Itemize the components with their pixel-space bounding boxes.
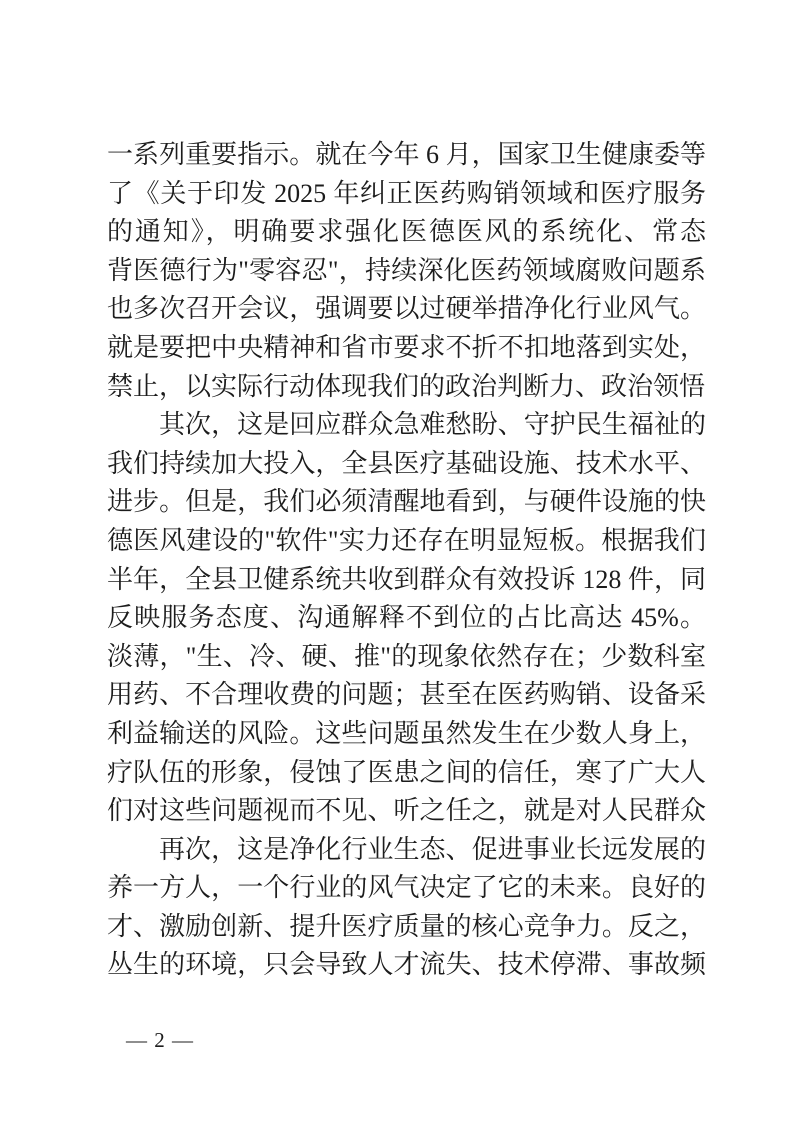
text-line: 背医德行为"零容忍"，持续深化医药领域腐败问题系统治理。省委、市委 [107, 252, 706, 291]
text-line: 禁止，以实际行动体现我们的政治判断力、政治领悟力、政治执行力。 [107, 368, 706, 407]
text-line: 们对这些问题视而不见、听之任之，就是对人民群众的根本利益不负责任。 [107, 792, 706, 831]
text-line: 的通知》，明确要求强化医德医风的系统化、常态化、长效化治理，对违 [107, 213, 706, 252]
text-line: 丛生的环境，只会导致人才流失、技术停滞、事故频发。当前，我县正处 [107, 946, 706, 985]
text-line: 我们持续加大投入，全县医疗基础设施、技术水平、服务能力都有了长足 [107, 445, 706, 484]
text-line: 半年，全县卫健系统共收到群众有效投诉 128 件，同比增长约 15%，其中 [107, 561, 706, 600]
text-line: 淡薄，"生、冷、硬、推"的现象依然存在；少数科室存在过度检查、过度 [107, 638, 706, 677]
text-line: 一系列重要指示。就在今年 6 月，国家卫生健康委等十四个部委联合印发 [107, 136, 706, 175]
text-line: 反映服务态度、沟通解释不到位的占比高达 45%。个别医务人员服务意识 [107, 599, 706, 638]
text-line: 了《关于印发 2025 年纠正医药购销领域和医疗服务中不正之风工作要点 [107, 175, 706, 214]
text-line: 其次，这是回应群众急难愁盼、守护民生福祉的现实需要。近年来， [107, 406, 706, 445]
document-body: 一系列重要指示。就在今年 6 月，国家卫生健康委等十四个部委联合印发 了《关于印… [107, 136, 706, 985]
text-line: 再次，这是净化行业生态、促进事业长远发展的治本之策。一方水土 [107, 831, 706, 870]
text-line: 利益输送的风险。这些问题虽然发生在少数人身上，但严重损害了整个医 [107, 715, 706, 754]
text-line: 进步。但是，我们必须清醒地看到，与硬件设施的快速提升相比，我县医 [107, 483, 706, 522]
text-line: 德医风建设的"软件"实力还存在明显短板。根据我们掌握的情况，今年上 [107, 522, 706, 561]
text-line: 也多次召开会议，强调要以过硬举措净化行业风气。我们这次集中整治， [107, 290, 706, 329]
text-line: 就是要把中央精神和省市要求不折不扣地落到实处，确保政令畅通、令行 [107, 329, 706, 368]
text-line: 用药、不合理收费的问题；甚至在医药购销、设备采购等环节，还隐藏着 [107, 676, 706, 715]
text-line: 养一方人，一个行业的风气决定了它的未来。良好的医德医风，是吸引人 [107, 869, 706, 908]
text-line: 疗队伍的形象，侵蚀了医患之间的信任，寒了广大人民群众的心。如果我 [107, 754, 706, 793]
text-line: 才、激励创新、提升医疗质量的核心竞争力。反之，一个风气不正、乱象 [107, 908, 706, 947]
page-number: — 2 — [126, 1028, 194, 1053]
document-page: 一系列重要指示。就在今年 6 月，国家卫生健康委等十四个部委联合印发 了《关于印… [0, 0, 793, 1122]
